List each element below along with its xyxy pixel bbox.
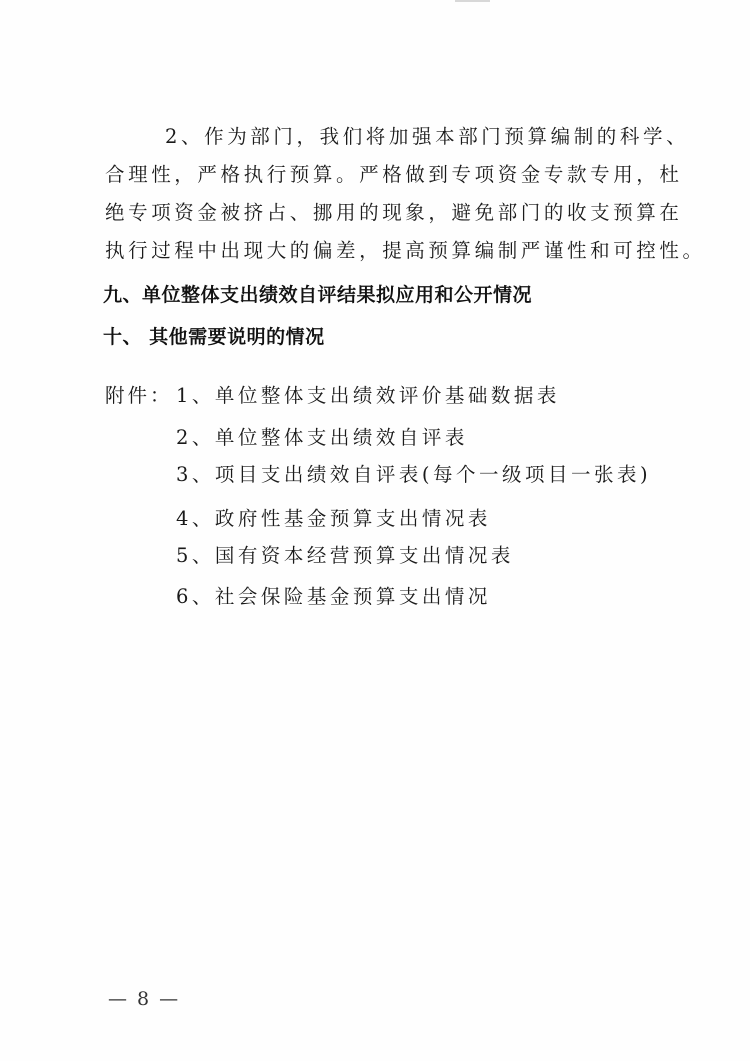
section-heading-nine: 九、单位整体支出绩效自评结果拟应用和公开情况 bbox=[103, 280, 532, 307]
attachment-item: 5、国有资本经营预算支出情况表 bbox=[176, 540, 514, 568]
attachment-item: 2、单位整体支出绩效自评表 bbox=[176, 422, 468, 450]
attachment-item: 3、项目支出绩效自评表(每个一级项目一张表) bbox=[176, 459, 651, 487]
paragraph-line: 执行过程中出现大的偏差，提高预算编制严谨性和可控性。 bbox=[105, 232, 665, 270]
scan-edge-mark bbox=[455, 0, 490, 2]
attachments-label: 附件： bbox=[105, 380, 173, 408]
attachment-item: 4、政府性基金预算支出情况表 bbox=[176, 503, 491, 531]
document-page: 2、作为部门，我们将加强本部门预算编制的科学、 合理性，严格执行预算。严格做到专… bbox=[0, 0, 750, 1061]
page-number: — 8 — bbox=[108, 988, 180, 1010]
paragraph-line: 绝专项资金被挤占、挪用的现象，避免部门的收支预算在 bbox=[105, 194, 665, 232]
paragraph-line: 合理性，严格执行预算。严格做到专项资金专款专用，杜 bbox=[105, 156, 665, 194]
body-paragraph: 2、作为部门，我们将加强本部门预算编制的科学、 合理性，严格执行预算。严格做到专… bbox=[105, 118, 665, 270]
section-heading-ten: 十、 其他需要说明的情况 bbox=[103, 322, 325, 349]
attachment-item: 6、社会保险基金预算支出情况 bbox=[176, 581, 491, 609]
paragraph-line: 2、作为部门，我们将加强本部门预算编制的科学、 bbox=[105, 118, 665, 156]
attachment-item: 1、单位整体支出绩效评价基础数据表 bbox=[176, 380, 560, 408]
